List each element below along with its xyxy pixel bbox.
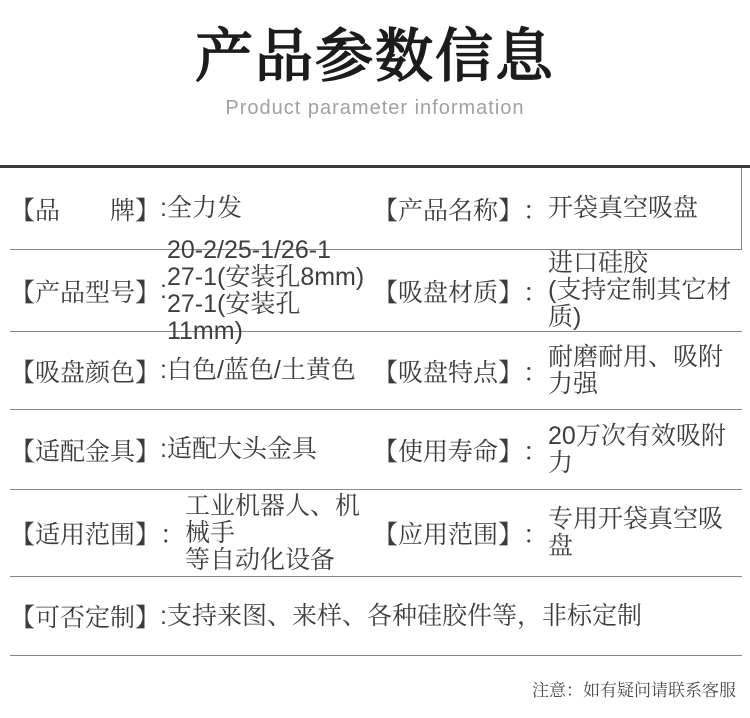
param-value-line: 适配大头金具 xyxy=(167,436,317,463)
param-colon: ： xyxy=(160,515,185,551)
param-value-line: 开袋真空吸盘 xyxy=(548,195,698,222)
param-value-line: 20万次有效吸附力 xyxy=(548,423,742,477)
table-row-model-material: 【产品型号】 : 20-2/25-1/26-1 27-1(安装孔8mm) 27-… xyxy=(10,250,742,332)
param-cell-scope: 【适用范围】 ： 工业机器人、机械手 等自动化设备 xyxy=(10,493,373,574)
param-value: 白色/蓝色/土黄色 xyxy=(167,357,356,384)
param-colon: : xyxy=(160,276,167,305)
param-value: 开袋真空吸盘 xyxy=(548,195,698,222)
param-value: 专用开袋真空吸盘 xyxy=(548,506,742,560)
param-colon: : xyxy=(160,435,167,464)
param-cell-model: 【产品型号】 : 20-2/25-1/26-1 27-1(安装孔8mm) 27-… xyxy=(10,237,373,345)
param-cell-customization: 【可否定制】 : 支持来图、来样、各种硅胶件等，非标定制 xyxy=(10,598,742,634)
param-label: 【吸盘颜色】 xyxy=(10,353,160,389)
param-value-line: 工业机器人、机械手 xyxy=(185,493,373,547)
param-value-line: 等自动化设备 xyxy=(185,547,373,574)
param-value-line: 全力发 xyxy=(167,195,242,222)
param-colon: ： xyxy=(523,353,548,389)
param-value: 20万次有效吸附力 xyxy=(548,423,742,477)
param-cell-feature: 【吸盘特点】 ： 耐磨耐用、吸附力强 xyxy=(373,344,742,398)
param-value-line: (支持定制其它材质) xyxy=(548,277,742,331)
param-value-line: 27-1(安装孔8mm) xyxy=(167,264,373,291)
param-label: 【适用范围】 xyxy=(10,515,160,551)
param-colon: : xyxy=(160,602,167,631)
param-cell-application: 【应用范围】 ： 专用开袋真空吸盘 xyxy=(373,506,742,560)
param-colon: ： xyxy=(523,432,548,468)
param-colon: ： xyxy=(523,515,548,551)
param-value: 全力发 xyxy=(167,195,242,222)
param-colon: : xyxy=(160,356,167,385)
param-label: 【吸盘特点】 xyxy=(373,353,523,389)
param-cell-lifespan: 【使用寿命】 ： 20万次有效吸附力 xyxy=(373,423,742,477)
page: 产品参数信息 Product parameter information 【品 … xyxy=(0,0,750,718)
param-colon: ： xyxy=(523,191,548,227)
param-label: 【产品型号】 xyxy=(10,273,160,309)
param-colon: ： xyxy=(523,273,548,309)
param-value: 工业机器人、机械手 等自动化设备 xyxy=(185,493,373,574)
param-cell-material: 【吸盘材质】 ： 进口硅胶 (支持定制其它材质) xyxy=(373,250,742,331)
header: 产品参数信息 Product parameter information xyxy=(0,0,750,119)
table-row-fitting-lifespan: 【适配金具】 : 适配大头金具 【使用寿命】 ： 20万次有效吸附力 xyxy=(10,410,742,490)
param-label: 【吸盘材质】 xyxy=(373,273,523,309)
param-value-line: 专用开袋真空吸盘 xyxy=(548,506,742,560)
param-cell-brand: 【品 牌】 : 全力发 xyxy=(10,191,373,227)
params-table: 【品 牌】 : 全力发 【产品名称】 ： 开袋真空吸盘 【产品型号】 : 20-… xyxy=(10,168,742,656)
param-value-line: 进口硅胶 xyxy=(548,250,742,277)
param-value-line: 耐磨耐用、吸附力强 xyxy=(548,344,742,398)
param-label: 【使用寿命】 xyxy=(373,432,523,468)
footer-note: 注意：如有疑问请联系客服 xyxy=(0,676,750,701)
param-value-line: 20-2/25-1/26-1 xyxy=(167,237,373,264)
param-value: 进口硅胶 (支持定制其它材质) xyxy=(548,250,742,331)
param-label: 【可否定制】 xyxy=(10,598,160,634)
param-label: 【应用范围】 xyxy=(373,515,523,551)
param-value: 支持来图、来样、各种硅胶件等，非标定制 xyxy=(167,603,642,630)
table-row-customization: 【可否定制】 : 支持来图、来样、各种硅胶件等，非标定制 xyxy=(10,577,742,656)
param-value: 耐磨耐用、吸附力强 xyxy=(548,344,742,398)
param-value: 适配大头金具 xyxy=(167,436,317,463)
page-subtitle: Product parameter information xyxy=(0,97,750,119)
param-cell-product-name: 【产品名称】 ： 开袋真空吸盘 xyxy=(373,191,741,227)
param-value: 20-2/25-1/26-1 27-1(安装孔8mm) 27-1(安装孔11mm… xyxy=(167,237,373,345)
param-label: 【产品名称】 xyxy=(373,191,523,227)
param-cell-fitting: 【适配金具】 : 适配大头金具 xyxy=(10,432,373,468)
param-label: 【品 牌】 xyxy=(10,191,160,227)
param-colon: : xyxy=(160,194,167,223)
table-row-scope-application: 【适用范围】 ： 工业机器人、机械手 等自动化设备 【应用范围】 ： 专用开袋真… xyxy=(10,490,742,577)
param-label: 【适配金具】 xyxy=(10,432,160,468)
param-value-line: 27-1(安装孔11mm) xyxy=(167,291,373,345)
param-cell-color: 【吸盘颜色】 : 白色/蓝色/土黄色 xyxy=(10,353,373,389)
param-value-line: 支持来图、来样、各种硅胶件等，非标定制 xyxy=(167,603,642,630)
page-title: 产品参数信息 xyxy=(0,25,750,89)
param-value-line: 白色/蓝色/土黄色 xyxy=(167,357,356,384)
